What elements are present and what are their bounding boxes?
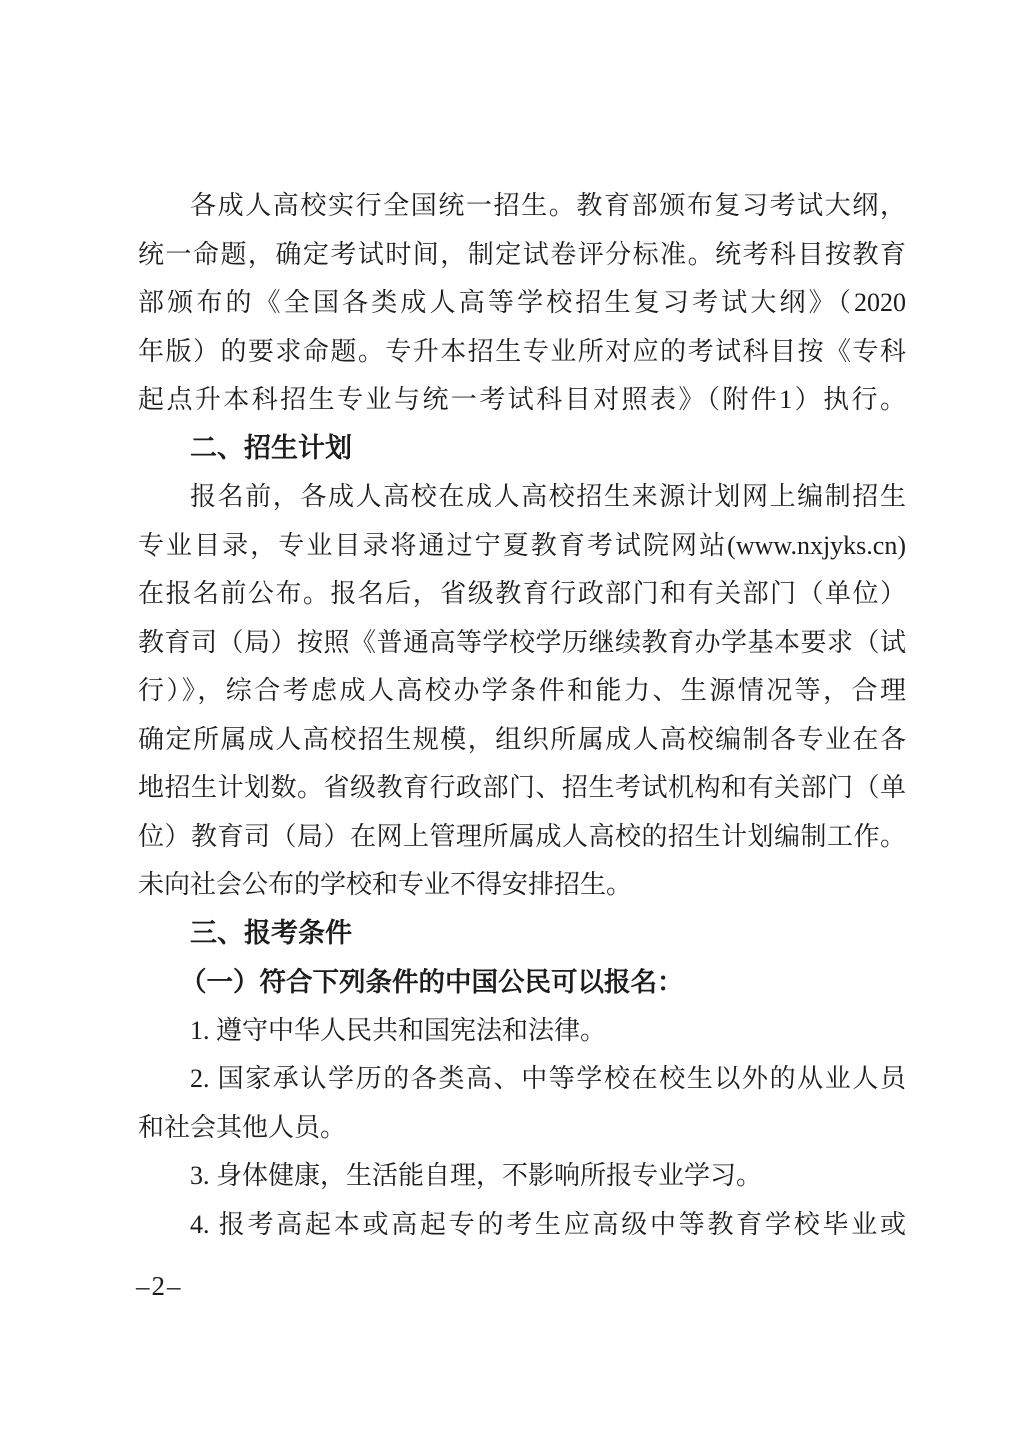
- text-line: 1. 遵守中华人民共和国宪法和法律。: [138, 1007, 906, 1056]
- text-line: 未向社会公布的学校和专业不得安排招生。: [138, 861, 906, 910]
- document-page: 各成人高校实行全国统一招生。教育部颁布复习考试大纲，统一命题，确定考试时间，制定…: [0, 0, 1024, 1448]
- text-line: 2. 国家承认学历的各类高、中等学校在校生以外的从业人员: [138, 1055, 906, 1104]
- text-line: 和社会其他人员。: [138, 1104, 906, 1153]
- text-line: 教育司（局）按照《普通高等学校学历继续教育办学基本要求（试: [138, 619, 906, 668]
- text-line: 3. 身体健康，生活能自理，不影响所报专业学习。: [138, 1152, 906, 1201]
- page-number: –2–: [136, 1271, 183, 1302]
- text-line: 报名前，各成人高校在成人高校招生来源计划网上编制招生: [138, 473, 906, 522]
- text-line: 专业目录，专业目录将通过宁夏教育考试院网站(www.nxjyks.cn): [138, 522, 906, 571]
- section-heading: 二、招生计划: [138, 425, 906, 474]
- text-line: 统一命题，确定考试时间，制定试卷评分标准。统考科目按教育: [138, 231, 906, 280]
- text-line: 起点升本科招生专业与统一考试科目对照表》（附件1）执行。: [138, 376, 906, 425]
- text-line: 年版）的要求命题。专升本招生专业所对应的考试科目按《专科: [138, 328, 906, 377]
- text-line: 在报名前公布。报名后，省级教育行政部门和有关部门（单位）: [138, 570, 906, 619]
- text-line: 4. 报考高起本或高起专的考生应高级中等教育学校毕业或: [138, 1201, 906, 1250]
- text-line: 地招生计划数。省级教育行政部门、招生考试机构和有关部门（单: [138, 764, 906, 813]
- text-line: 各成人高校实行全国统一招生。教育部颁布复习考试大纲，: [138, 182, 906, 231]
- text-line: 部颁布的《全国各类成人高等学校招生复习考试大纲》（2020: [138, 279, 906, 328]
- text-line: 行）》，综合考虑成人高校办学条件和能力、生源情况等，合理: [138, 667, 906, 716]
- sub-heading: （一）符合下列条件的中国公民可以报名：: [138, 958, 906, 1007]
- text-line: 位）教育司（局）在网上管理所属成人高校的招生计划编制工作。: [138, 813, 906, 862]
- section-heading: 三、报考条件: [138, 910, 906, 959]
- text-line: 确定所属成人高校招生规模，组织所属成人高校编制各专业在各: [138, 716, 906, 765]
- document-content: 各成人高校实行全国统一招生。教育部颁布复习考试大纲，统一命题，确定考试时间，制定…: [138, 182, 906, 1249]
